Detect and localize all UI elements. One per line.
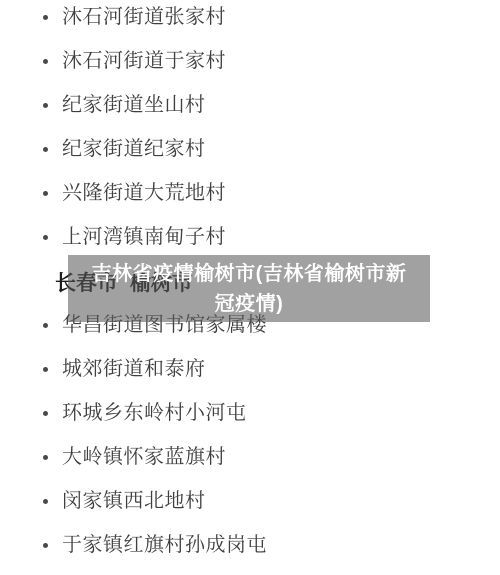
banner-title-line-2: 冠疫情) (215, 289, 284, 319)
list-item: 于家镇红旗村孙成岗屯 (43, 535, 500, 555)
page: 沐石河街道张家村 沐石河街道于家村 纪家街道坐山村 纪家街道纪家村 兴隆街道大荒… (0, 0, 500, 575)
list-item: 纪家街道坐山村 (43, 95, 500, 115)
list-item: 沐石河街道于家村 (43, 51, 500, 71)
overlay-banner: 吉林省疫情榆树市(吉林省榆树市新 冠疫情) (68, 255, 430, 322)
list-item: 纪家街道纪家村 (43, 139, 500, 159)
village-list-bottom: 华昌街道图书馆家属楼 城郊街道和泰府 环城乡东岭村小河屯 大岭镇怀家蓝旗村 闵家… (0, 296, 500, 555)
list-item: 大岭镇怀家蓝旗村 (43, 447, 500, 467)
banner-title-line-1: 吉林省疫情榆树市(吉林省榆树市新 (92, 259, 407, 289)
list-item: 城郊街道和泰府 (43, 359, 500, 379)
list-item: 兴隆街道大荒地村 (43, 183, 500, 203)
list-item: 闵家镇西北地村 (43, 491, 500, 511)
list-item: 上河湾镇南甸子村 (43, 227, 500, 247)
village-list-top: 沐石河街道张家村 沐石河街道于家村 纪家街道坐山村 纪家街道纪家村 兴隆街道大荒… (0, 0, 500, 247)
list-item: 沐石河街道张家村 (43, 7, 500, 27)
list-item: 环城乡东岭村小河屯 (43, 403, 500, 423)
